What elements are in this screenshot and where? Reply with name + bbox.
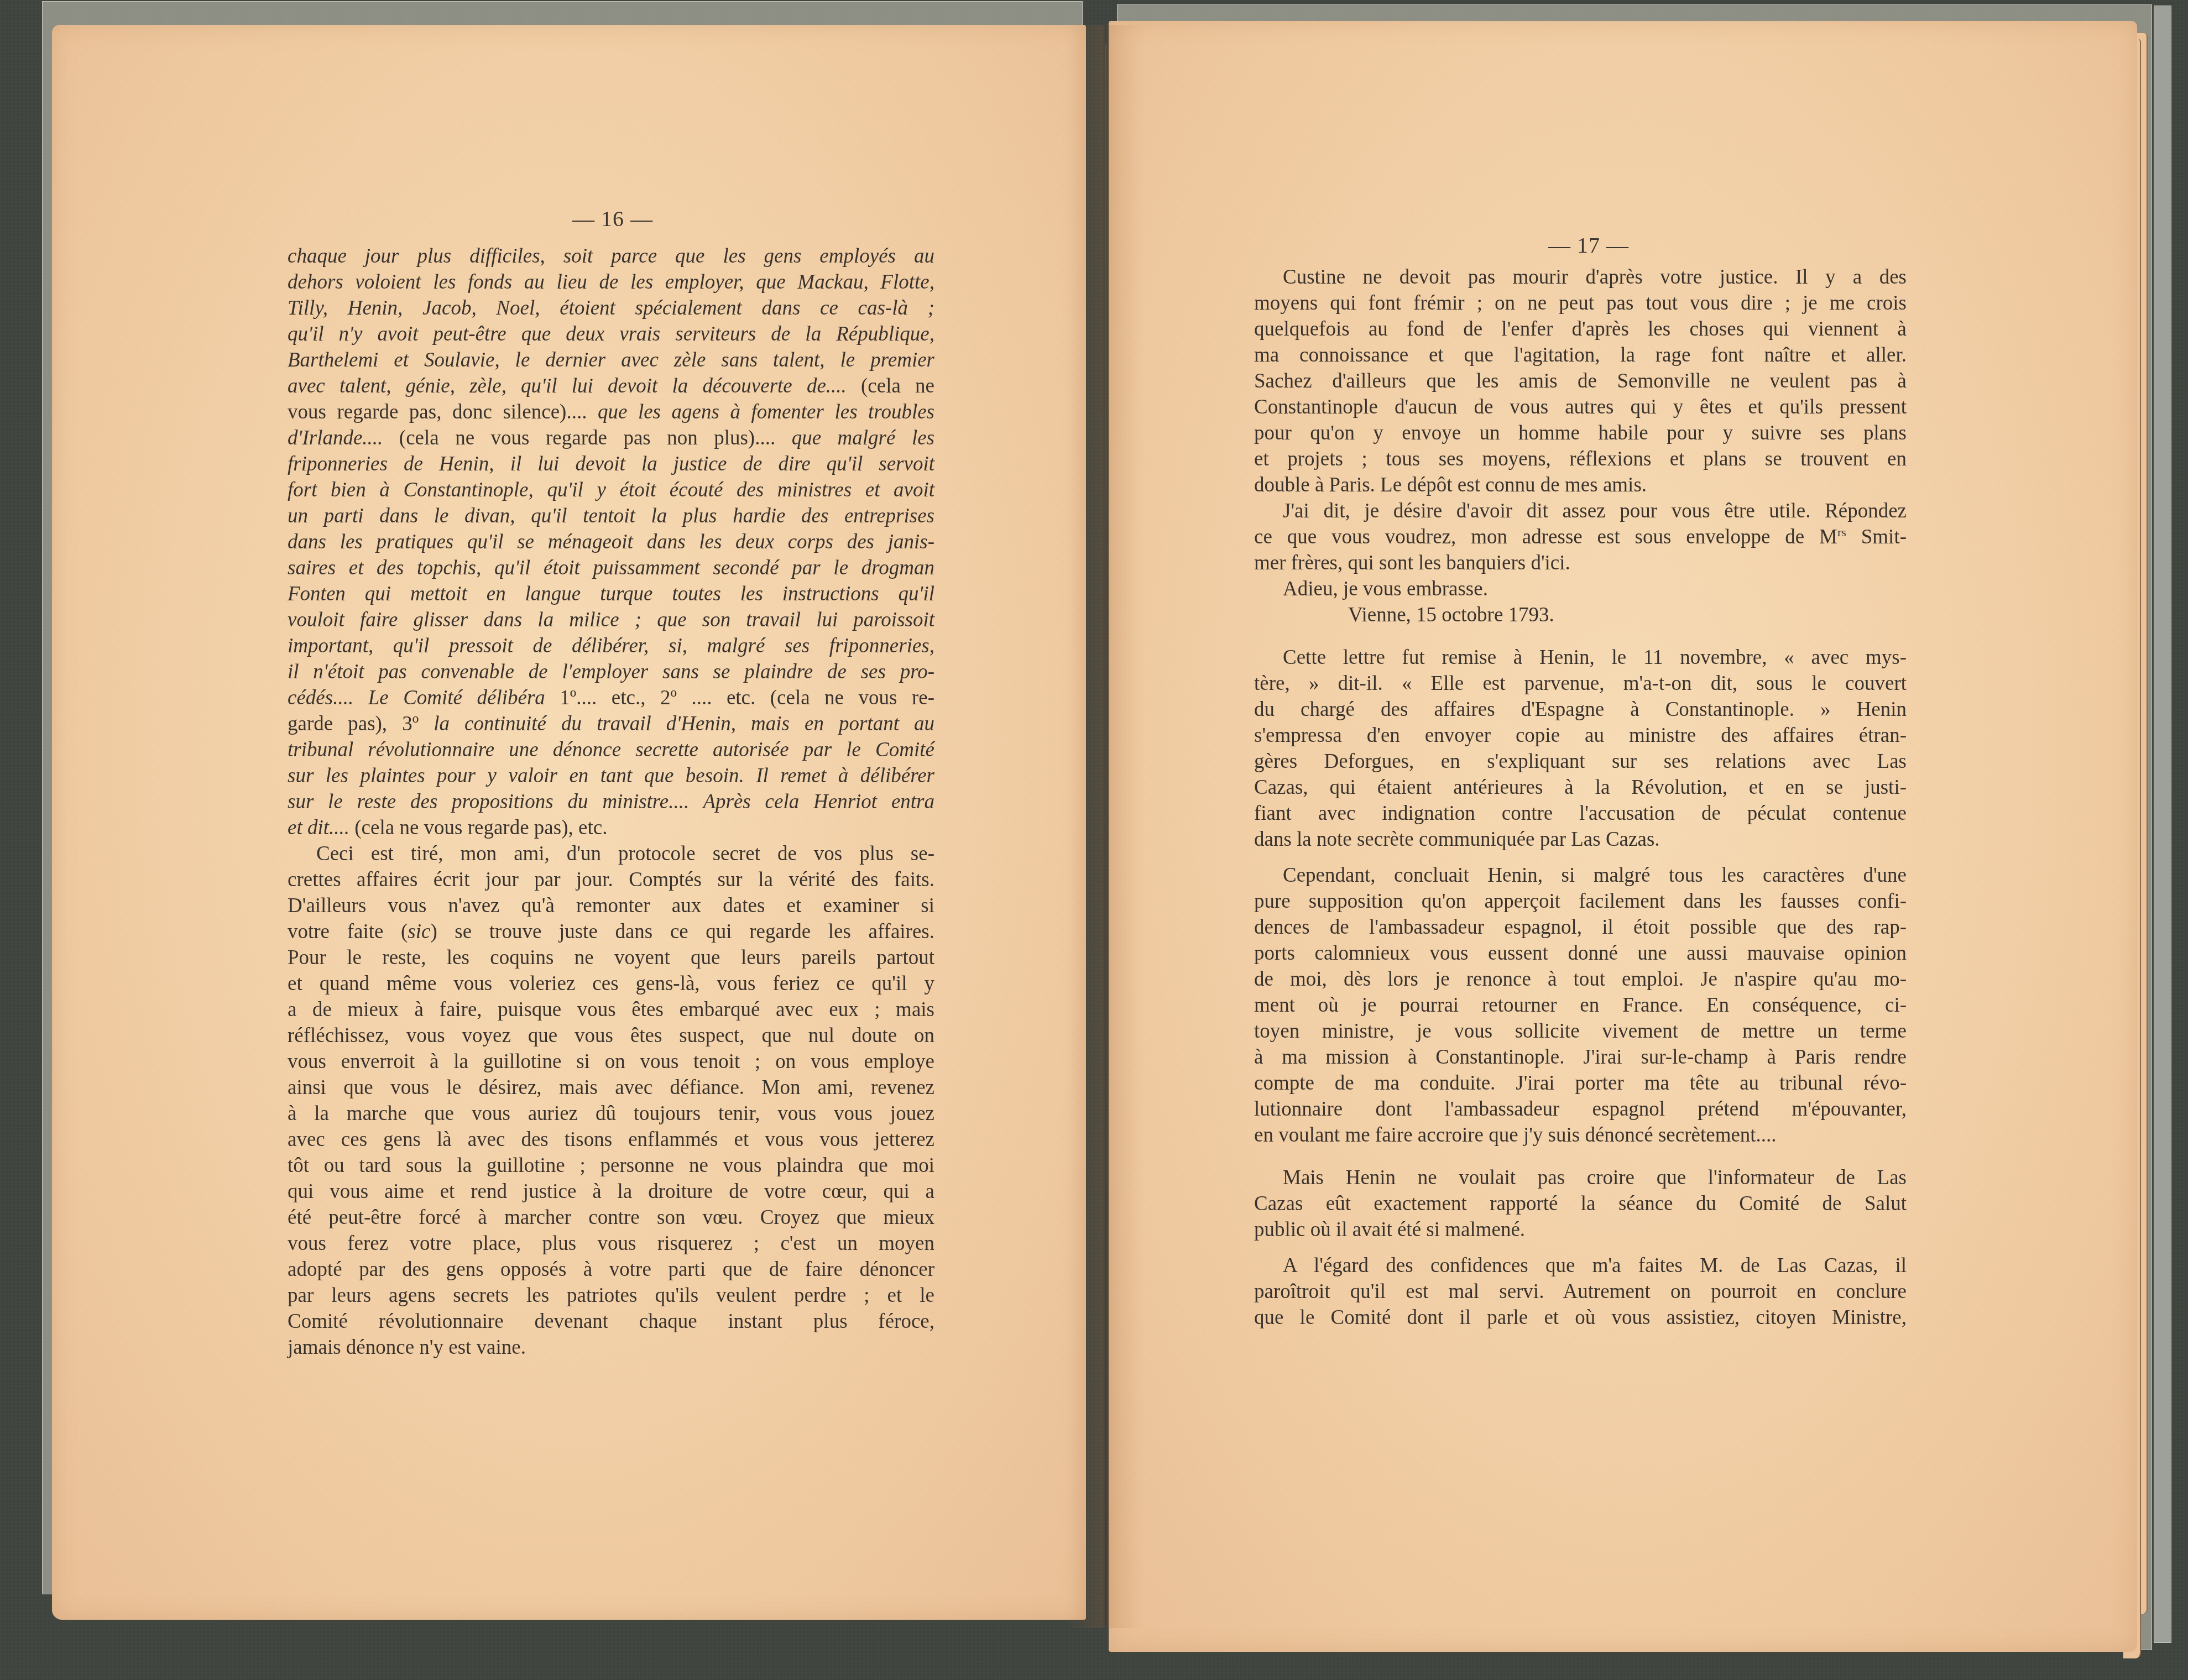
paragraph: Cependant, concluait Henin, si malgré to…	[1254, 862, 1907, 1148]
italic-text-segment: avec talent, génie, zèle, qu'il lui devo…	[288, 375, 861, 397]
text-segment: Constantinople d'aucun de vous autres qu…	[1254, 396, 1907, 418]
text-segment: Smit-	[1846, 526, 1907, 548]
text-line: à ma mission à Constantinople. J'irai su…	[1254, 1044, 1907, 1070]
text-segment: Vienne, 15 octobre 1793.	[1348, 604, 1554, 626]
text-line: D'ailleurs vous n'avez qu'à remonter aux…	[288, 893, 934, 919]
text-line: chaque jour plus difficiles, soit parce …	[288, 243, 934, 269]
text-line: tôt ou tard sous la guillotine ; personn…	[288, 1153, 934, 1179]
text-line: vous ferez votre place, plus vous risque…	[288, 1231, 934, 1257]
text-line: moyens qui font frémir ; on ne peut pas …	[1254, 290, 1907, 316]
text-line: vouloit faire glisser dans la milice ; q…	[288, 607, 934, 633]
text-line: mer frères, qui sont les banquiers d'ici…	[1254, 550, 1907, 576]
text-line: Cazas eût exactement rapporté la séance …	[1254, 1191, 1907, 1217]
paragraph: Custine ne devoit pas mourir d'après vot…	[1254, 264, 1907, 498]
italic-text-segment: un parti dans le divan, qu'il tentoit la…	[288, 505, 934, 527]
text-line: votre faite (sic) se trouve juste dans c…	[288, 919, 934, 945]
text-line: dehors voloient les fonds au lieu de les…	[288, 269, 934, 295]
text-line: qui vous aime et rend justice à la droit…	[288, 1179, 934, 1205]
text-line: ma connoissance et que l'agitation, la r…	[1254, 342, 1907, 368]
text-line: double à Paris. Le dépôt est connu de me…	[1254, 472, 1907, 498]
right-page-text-column: Custine ne devoit pas mourir d'après vot…	[1254, 264, 1907, 1331]
text-segment: public où il avait été si malmené.	[1254, 1218, 1525, 1241]
text-segment: ) se trouve juste dans ce qui regarde le…	[430, 920, 934, 943]
text-segment: votre faite (	[288, 920, 408, 943]
text-segment: Cependant, concluait Henin, si malgré to…	[1283, 864, 1907, 887]
italic-text-segment: que malgré les	[792, 427, 934, 449]
italic-text-segment: important, qu'il pressoit de délibérer, …	[288, 635, 934, 657]
text-segment: compte de ma conduite. J'irai porter ma …	[1254, 1072, 1907, 1095]
paragraph: Vienne, 15 octobre 1793.	[1254, 602, 1907, 628]
text-segment: Cazas eût exactement rapporté la séance …	[1254, 1192, 1907, 1215]
italic-text-segment: friponneries de Henin, il lui devoit la …	[288, 453, 934, 475]
text-segment: par leurs agens secrets les patriotes qu…	[288, 1284, 934, 1307]
text-line: fort bien à Constantinople, qu'il y étoi…	[288, 477, 934, 503]
paragraph: A l'égard des confidences que m'a faites…	[1254, 1253, 1907, 1331]
text-segment: mer frères, qui sont les banquiers d'ici…	[1254, 552, 1570, 574]
text-line: de moi, dès lors je renonce à tout emplo…	[1254, 966, 1907, 992]
text-segment: à la marche que vous auriez dû toujours …	[288, 1102, 934, 1125]
paragraph-gap	[1254, 628, 1907, 645]
text-line: compte de ma conduite. J'irai porter ma …	[1254, 1070, 1907, 1096]
text-line: a de mieux à faire, puisque vous êtes em…	[288, 997, 934, 1023]
text-line: et quand même vous voleriez ces gens-là,…	[288, 971, 934, 997]
text-line: Cazas, qui étaient antérieures à la Révo…	[1254, 774, 1907, 800]
text-line: garde pas), 3º la continuité du travail …	[288, 711, 934, 737]
text-segment: D'ailleurs vous n'avez qu'à remonter aux…	[288, 894, 934, 917]
text-segment: Cette lettre fut remise à Henin, le 11 n…	[1283, 646, 1907, 669]
text-line: ainsi que vous le désirez, mais avec déf…	[288, 1075, 934, 1101]
text-line: Mais Henin ne voulait pas croire que l'i…	[1254, 1165, 1907, 1191]
text-line: réfléchissez, vous voyez que vous êtes s…	[288, 1023, 934, 1049]
paragraph: Mais Henin ne voulait pas croire que l'i…	[1254, 1165, 1907, 1243]
italic-text-segment: saires et des topchis, qu'il étoit puiss…	[288, 557, 934, 579]
text-line: A l'égard des confidences que m'a faites…	[1254, 1253, 1907, 1279]
text-segment: fiant avec indignation contre l'accusati…	[1254, 802, 1907, 825]
text-line: il n'étoit pas convenable de l'employer …	[288, 659, 934, 685]
italic-text-segment: sur les plaintes pour y valoir en tant q…	[288, 765, 934, 787]
text-segment: (cela ne	[861, 375, 934, 397]
text-line: d'Irlande.... (cela ne vous regarde pas …	[288, 425, 934, 451]
paragraph-gap	[1254, 1243, 1907, 1253]
text-segment: J'ai dit, je désire d'avoir dit assez po…	[1283, 500, 1907, 522]
italic-text-segment: il n'étoit pas convenable de l'employer …	[288, 661, 934, 683]
italic-text-segment: dehors voloient les fonds au lieu de les…	[288, 271, 934, 294]
text-segment: toyen ministre, je vous sollicite viveme…	[1254, 1020, 1907, 1043]
text-segment: lutionnaire dont l'ambassadeur espagnol …	[1254, 1098, 1907, 1121]
italic-text-segment: Fonten qui mettoit en langue turque tout…	[288, 583, 934, 605]
italic-text-segment: Tilly, Henin, Jacob, Noel, étoient spéci…	[288, 297, 934, 320]
text-line: et dit.... (cela ne vous regarde pas), e…	[288, 815, 934, 841]
text-line: lutionnaire dont l'ambassadeur espagnol …	[1254, 1096, 1907, 1122]
text-segment: ce que vous voudrez, mon adresse est sou…	[1254, 526, 1837, 548]
text-line: paroîtroit qu'il est mal servi. Autremen…	[1254, 1279, 1907, 1305]
text-line: friponneries de Henin, il lui devoit la …	[288, 451, 934, 477]
text-segment: paroîtroit qu'il est mal servi. Autremen…	[1254, 1280, 1907, 1303]
text-segment: Custine ne devoit pas mourir d'après vot…	[1283, 266, 1907, 289]
paragraph: Adieu, je vous embrasse.	[1254, 576, 1907, 602]
text-segment: A l'égard des confidences que m'a faites…	[1283, 1254, 1907, 1277]
text-segment: (cela ne vous regarde pas non plus)....	[399, 427, 792, 449]
text-line: Pour le reste, les coquins ne voyent que…	[288, 945, 934, 971]
text-line: que le Comité dont il parle et où vous a…	[1254, 1305, 1907, 1331]
text-line: du chargé des affaires d'Espagne à Const…	[1254, 697, 1907, 723]
text-segment: avec ces gens là avec des tisons enflamm…	[288, 1128, 934, 1151]
text-line: à la marche que vous auriez dû toujours …	[288, 1101, 934, 1127]
text-segment: et quand même vous voleriez ces gens-là,…	[288, 972, 934, 995]
text-segment: ports calomnieux vous eussent donné une …	[1254, 942, 1907, 965]
text-line: Cette lettre fut remise à Henin, le 11 n…	[1254, 645, 1907, 671]
text-line: Custine ne devoit pas mourir d'après vot…	[1254, 264, 1907, 290]
text-line: dans la note secrète communiquée par Las…	[1254, 826, 1907, 852]
text-line: Cependant, concluait Henin, si malgré to…	[1254, 862, 1907, 888]
paragraph-gap	[1254, 1148, 1907, 1165]
text-segment: du chargé des affaires d'Espagne à Const…	[1254, 698, 1907, 721]
text-line: Tilly, Henin, Jacob, Noel, étoient spéci…	[288, 295, 934, 321]
italic-text-segment: dans les pratiques qu'il se ménageoit da…	[288, 531, 934, 553]
text-line: s'empressa d'en envoyer copie au ministr…	[1254, 723, 1907, 749]
text-line: ment où je pourrai retourner en France. …	[1254, 992, 1907, 1018]
text-segment: Comité révolutionnaire devenant chaque i…	[288, 1310, 934, 1333]
text-line: vous enverroit à la guillotine si on vou…	[288, 1049, 934, 1075]
paragraph: Cette lettre fut remise à Henin, le 11 n…	[1254, 645, 1907, 852]
text-line: ports calomnieux vous eussent donné une …	[1254, 940, 1907, 966]
italic-text-segment: la continuité du travail d'Henin, mais e…	[434, 713, 934, 735]
text-segment: (cela ne vous regarde pas), etc.	[354, 817, 607, 839]
text-line: jamais dénonce n'y est vaine.	[288, 1334, 934, 1360]
text-segment: pure supposition qu'on apperçoit facilem…	[1254, 890, 1907, 913]
text-segment: ment où je pourrai retourner en France. …	[1254, 994, 1907, 1017]
text-segment: moyens qui font frémir ; on ne peut pas …	[1254, 292, 1907, 315]
page-number-right: — 17 —	[1548, 232, 1629, 258]
italic-text-segment: que les agens à fomenter les troubles	[598, 401, 934, 423]
text-line: J'ai dit, je désire d'avoir dit assez po…	[1254, 498, 1907, 524]
italic-text-segment: vouloit faire glisser dans la milice ; q…	[288, 609, 934, 631]
text-line: Ceci est tiré, mon ami, d'un protocole s…	[288, 841, 934, 867]
text-segment: ma connoissance et que l'agitation, la r…	[1254, 344, 1907, 367]
text-segment: s'empressa d'en envoyer copie au ministr…	[1254, 724, 1907, 747]
text-line: sur les plaintes pour y valoir en tant q…	[288, 763, 934, 789]
text-segment: dans la note secrète communiquée par Las…	[1254, 828, 1660, 851]
text-segment: réfléchissez, vous voyez que vous êtes s…	[288, 1024, 934, 1047]
text-line: et projets ; tous ses moyens, réflexions…	[1254, 446, 1907, 472]
left-page-text-column: chaque jour plus difficiles, soit parce …	[288, 243, 934, 1360]
italic-text-segment: et dit....	[288, 817, 354, 839]
text-line: Vienne, 15 octobre 1793.	[1254, 602, 1907, 628]
text-line: dences de l'ambassadeur espagnol, il éto…	[1254, 914, 1907, 940]
text-line: avec ces gens là avec des tisons enflamm…	[288, 1127, 934, 1153]
text-line: qu'il n'y avoit peut-être que deux vrais…	[288, 321, 934, 347]
text-segment: double à Paris. Le dépôt est connu de me…	[1254, 474, 1647, 496]
book-spine-gutter	[1105, 44, 1106, 1625]
text-line: avec talent, génie, zèle, qu'il lui devo…	[288, 373, 934, 399]
text-line: Sachez d'ailleurs que les amis de Semonv…	[1254, 368, 1907, 394]
text-line: tribunal révolutionnaire une dénonce sec…	[288, 737, 934, 763]
text-segment: Pour le reste, les coquins ne voyent que…	[288, 946, 934, 969]
text-segment: et projets ; tous ses moyens, réflexions…	[1254, 448, 1907, 470]
text-line: en voulant me faire accroire que j'y sui…	[1254, 1122, 1907, 1148]
text-line: Fonten qui mettoit en langue turque tout…	[288, 581, 934, 607]
text-line: adopté par des gens opposés à votre part…	[288, 1257, 934, 1283]
text-line: vous regarde pas, donc silence).... que …	[288, 399, 934, 425]
text-line: Comité révolutionnaire devenant chaque i…	[288, 1309, 934, 1334]
text-segment: quelquefois au fond de l'enfer d'après l…	[1254, 318, 1907, 341]
text-segment: Cazas, qui étaient antérieures à la Révo…	[1254, 776, 1907, 799]
text-line: saires et des topchis, qu'il étoit puiss…	[288, 555, 934, 581]
superscript-text: rs	[1837, 525, 1846, 539]
text-segment: garde pas), 3º	[288, 713, 434, 735]
text-segment: crettes affaires écrit jour par jour. Co…	[288, 868, 934, 891]
italic-text-segment: Barthelemi et Soulavie, le dernier avec …	[288, 349, 934, 371]
text-segment: pour qu'on y envoye un homme habile pour…	[1254, 422, 1907, 444]
text-segment: qui vous aime et rend justice à la droit…	[288, 1180, 934, 1203]
text-line: public où il avait été si malmené.	[1254, 1217, 1907, 1243]
text-line: sur le reste des propositions du ministr…	[288, 789, 934, 815]
text-line: un parti dans le divan, qu'il tentoit la…	[288, 503, 934, 529]
glassine-wrapper-edge	[2154, 6, 2171, 1643]
paragraph: J'ai dit, je désire d'avoir dit assez po…	[1254, 498, 1907, 576]
text-line: tère, » dit-il. « Elle est parvenue, m'a…	[1254, 671, 1907, 697]
italic-text-segment: sic	[408, 920, 430, 943]
italic-text-segment: cédés.... Le Comité délibéra	[288, 687, 560, 709]
text-segment: a de mieux à faire, puisque vous êtes em…	[288, 998, 934, 1021]
text-segment: vous enverroit à la guillotine si on vou…	[288, 1050, 934, 1073]
text-line: Barthelemi et Soulavie, le dernier avec …	[288, 347, 934, 373]
text-segment: tôt ou tard sous la guillotine ; personn…	[288, 1154, 934, 1177]
text-segment: été peut-être forcé à marcher contre son…	[288, 1206, 934, 1229]
italic-text-segment: sur le reste des propositions du ministr…	[288, 791, 934, 813]
text-segment: à ma mission à Constantinople. J'irai su…	[1254, 1046, 1907, 1069]
italic-text-segment: qu'il n'y avoit peut-être que deux vrais…	[288, 323, 934, 346]
text-line: été peut-être forcé à marcher contre son…	[288, 1205, 934, 1231]
text-segment: adopté par des gens opposés à votre part…	[288, 1258, 934, 1281]
text-segment: ainsi que vous le désirez, mais avec déf…	[288, 1076, 934, 1099]
text-segment: Ceci est tiré, mon ami, d'un protocole s…	[316, 842, 934, 865]
italic-text-segment: d'Irlande....	[288, 427, 399, 449]
paragraph-gap	[1254, 852, 1907, 862]
text-segment: vous regarde pas, donc silence)....	[288, 401, 598, 423]
text-segment: en voulant me faire accroire que j'y sui…	[1254, 1124, 1777, 1147]
italic-text-segment: tribunal révolutionnaire une dénonce sec…	[288, 739, 934, 761]
text-line: toyen ministre, je vous sollicite viveme…	[1254, 1018, 1907, 1044]
text-line: Adieu, je vous embrasse.	[1254, 576, 1907, 602]
italic-text-segment: fort bien à Constantinople, qu'il y étoi…	[288, 479, 934, 501]
text-segment: 1º.... etc., 2º .... etc. (cela ne vous …	[560, 687, 934, 709]
text-segment: Adieu, je vous embrasse.	[1283, 578, 1488, 600]
text-line: cédés.... Le Comité délibéra 1º.... etc.…	[288, 685, 934, 711]
text-segment: que le Comité dont il parle et où vous a…	[1254, 1306, 1907, 1329]
text-segment: dences de l'ambassadeur espagnol, il éto…	[1254, 916, 1907, 939]
text-segment: jamais dénonce n'y est vaine.	[288, 1336, 526, 1359]
text-line: pure supposition qu'on apperçoit facilem…	[1254, 888, 1907, 914]
text-segment: de moi, dès lors je renonce à tout emplo…	[1254, 968, 1907, 991]
page-number-left: — 16 —	[572, 206, 653, 232]
text-line: pour qu'on y envoye un homme habile pour…	[1254, 420, 1907, 446]
text-segment: Mais Henin ne voulait pas croire que l'i…	[1283, 1166, 1907, 1189]
text-line: fiant avec indignation contre l'accusati…	[1254, 800, 1907, 826]
text-segment: tère, » dit-il. « Elle est parvenue, m'a…	[1254, 672, 1907, 695]
text-line: ce que vous voudrez, mon adresse est sou…	[1254, 524, 1907, 550]
text-line: par leurs agens secrets les patriotes qu…	[288, 1283, 934, 1309]
text-segment: vous ferez votre place, plus vous risque…	[288, 1232, 934, 1255]
text-segment: gères Deforgues, en s'expliquant sur ses…	[1254, 750, 1907, 773]
italic-text-segment: chaque jour plus difficiles, soit parce …	[288, 245, 934, 268]
text-line: important, qu'il pressoit de délibérer, …	[288, 633, 934, 659]
text-line: gères Deforgues, en s'expliquant sur ses…	[1254, 749, 1907, 774]
text-line: crettes affaires écrit jour par jour. Co…	[288, 867, 934, 893]
text-segment: Sachez d'ailleurs que les amis de Semonv…	[1254, 370, 1907, 392]
text-line: quelquefois au fond de l'enfer d'après l…	[1254, 316, 1907, 342]
text-line: Constantinople d'aucun de vous autres qu…	[1254, 394, 1907, 420]
text-line: dans les pratiques qu'il se ménageoit da…	[288, 529, 934, 555]
